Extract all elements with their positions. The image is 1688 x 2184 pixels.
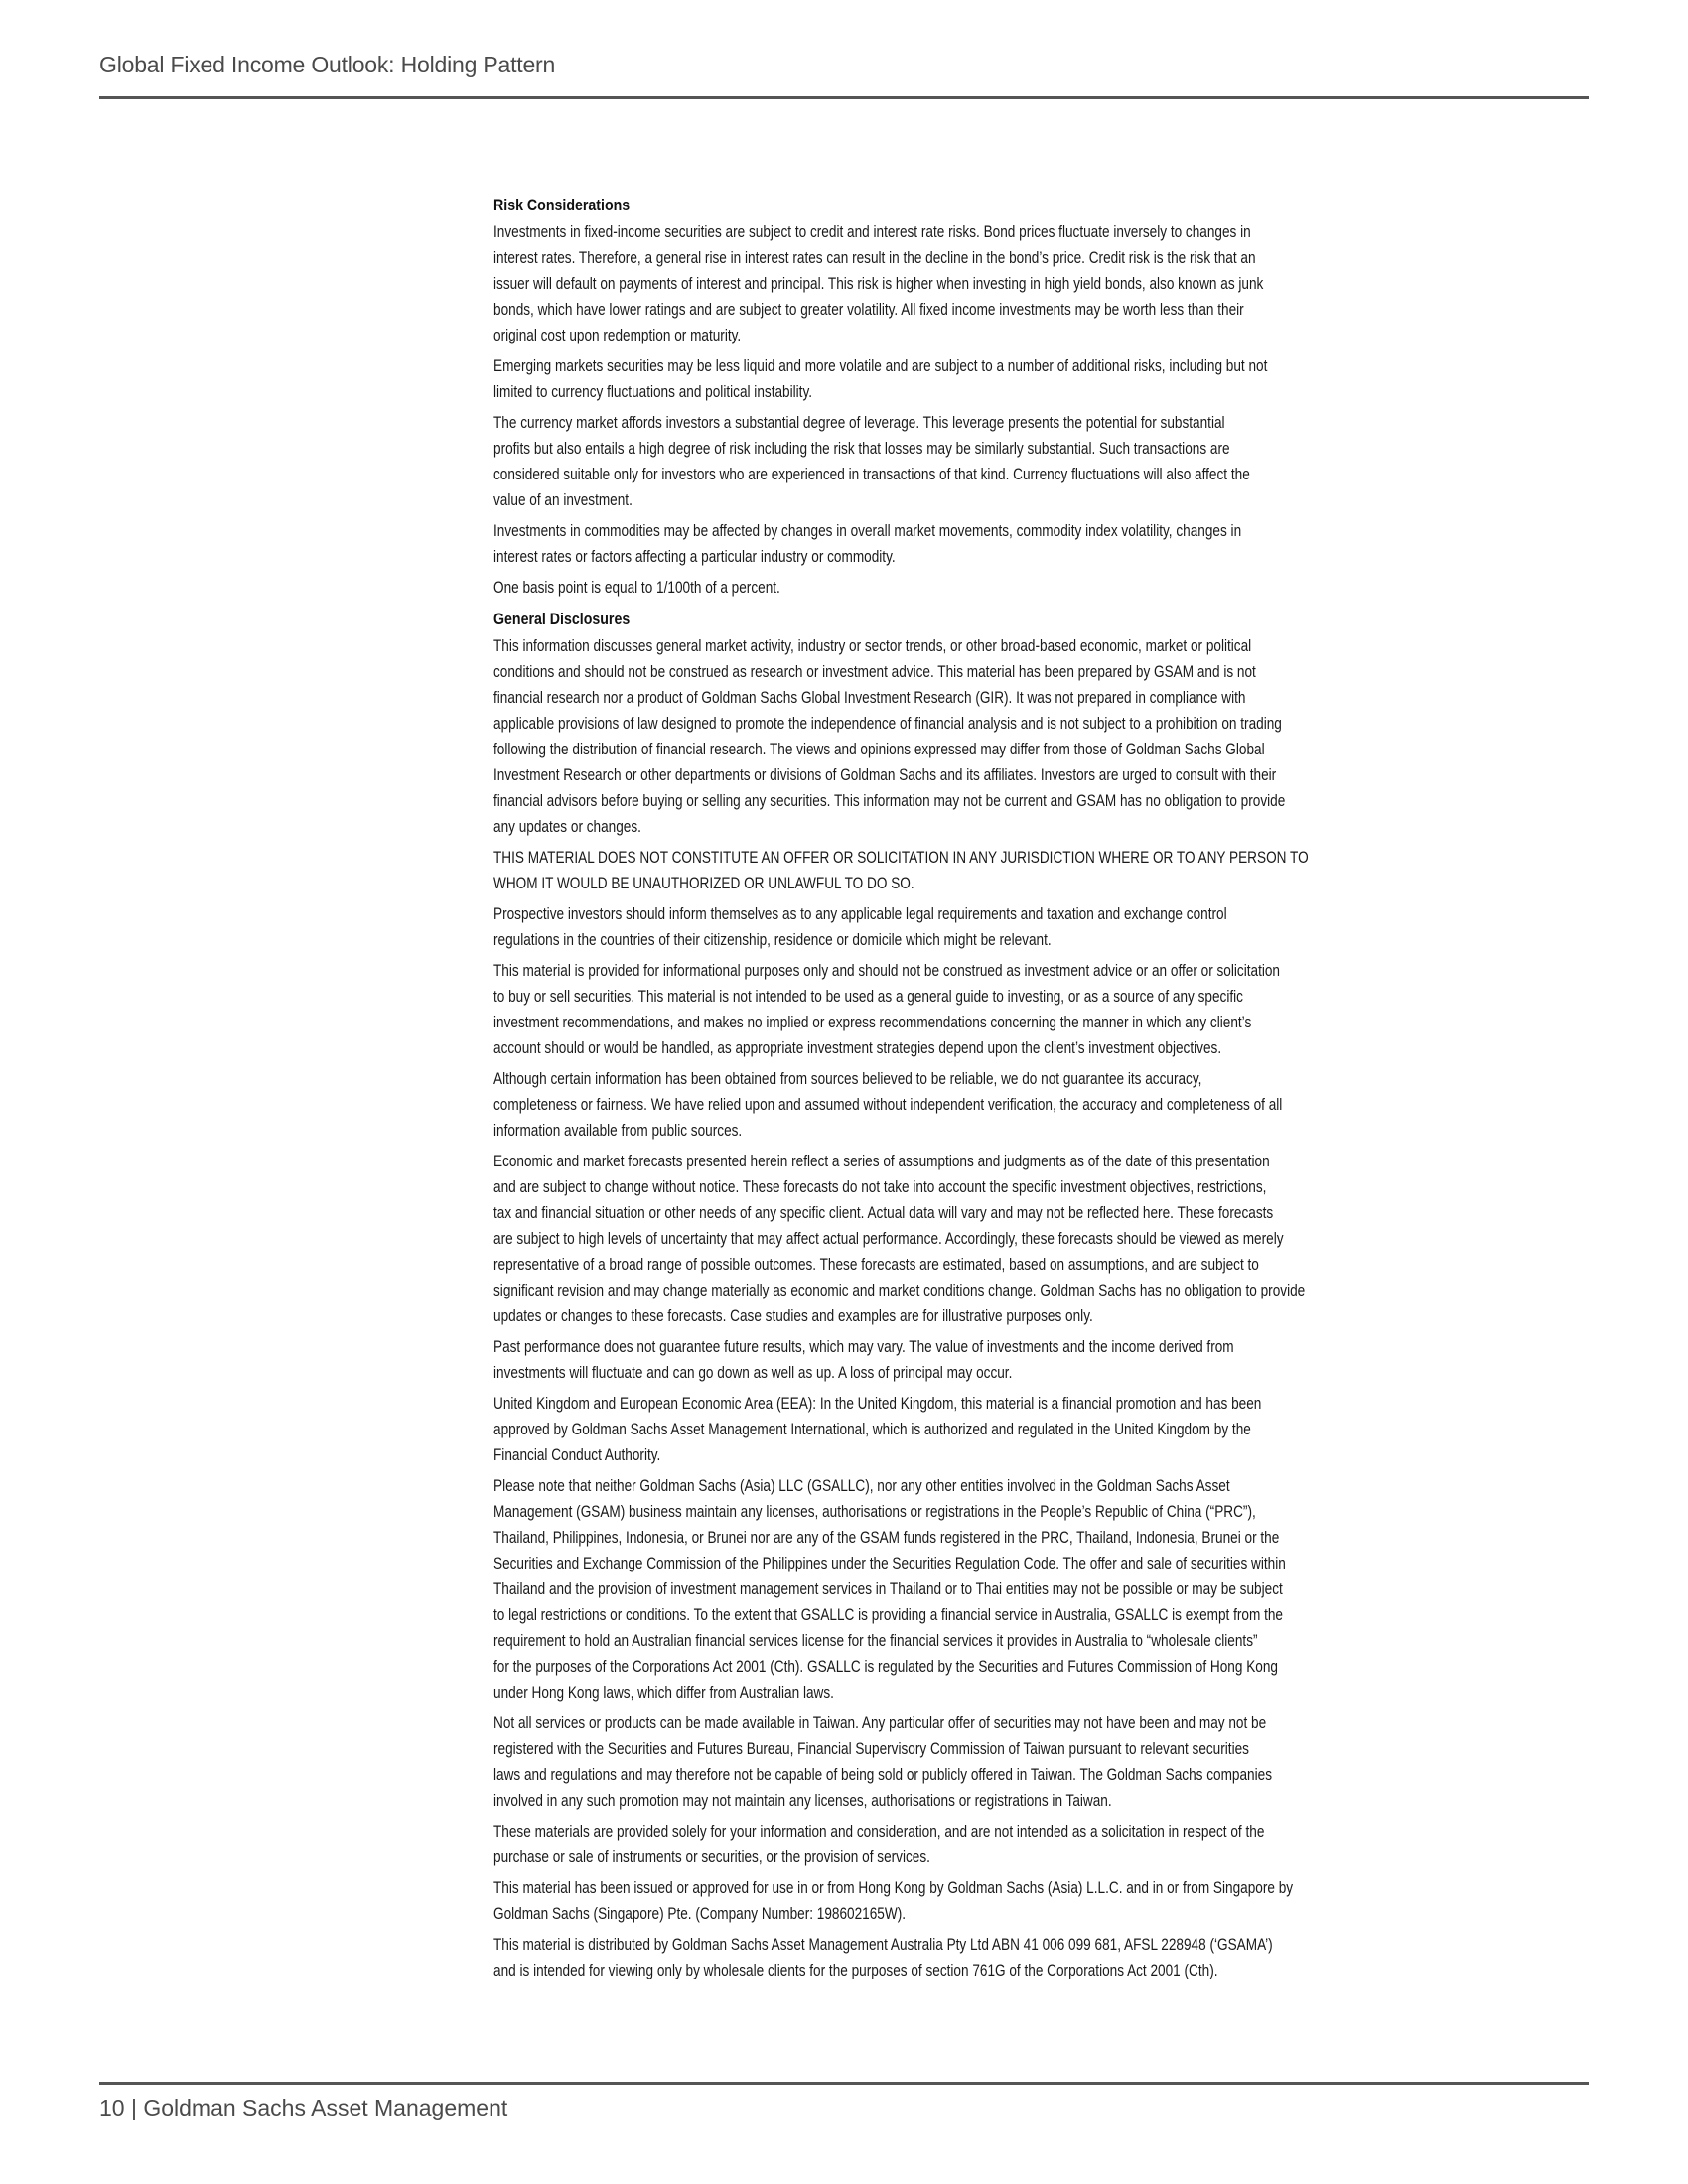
text-line: bonds, which have lower ratings and are … [493, 297, 1351, 323]
text-line: United Kingdom and European Economic Are… [493, 1391, 1351, 1417]
disclosure-paragraph: Although certain information has been ob… [493, 1066, 1566, 1144]
disclosure-paragraph: Economic and market forecasts presented … [493, 1149, 1566, 1329]
text-line: investment recommendations, and makes no… [493, 1010, 1351, 1035]
text-line: representative of a broad range of possi… [493, 1252, 1351, 1278]
text-line: One basis point is equal to 1/100th of a… [493, 575, 1351, 601]
text-line: registered with the Securities and Futur… [493, 1736, 1351, 1762]
text-line: interest rates. Therefore, a general ris… [493, 245, 1351, 271]
text-line: investments will fluctuate and can go do… [493, 1360, 1351, 1386]
disclosure-paragraph: Not all services or products can be made… [493, 1710, 1566, 1814]
disclosure-paragraph: Past performance does not guarantee futu… [493, 1334, 1566, 1386]
text-line: applicable provisions of law designed to… [493, 711, 1351, 737]
text-line: under Hong Kong laws, which differ from … [493, 1680, 1351, 1706]
text-line: Please note that neither Goldman Sachs (… [493, 1473, 1351, 1499]
disclosure-paragraph: One basis point is equal to 1/100th of a… [493, 575, 1566, 601]
disclosure-paragraph: THIS MATERIAL DOES NOT CONSTITUTE AN OFF… [493, 845, 1566, 896]
text-line: Past performance does not guarantee futu… [493, 1334, 1351, 1360]
page-header-title: Global Fixed Income Outlook: Holding Pat… [99, 52, 555, 78]
text-line: Investment Research or other departments… [493, 762, 1351, 788]
text-line: conditions and should not be construed a… [493, 659, 1351, 685]
text-line: financial research nor a product of Gold… [493, 685, 1351, 711]
text-line: significant revision and may change mate… [493, 1278, 1351, 1303]
text-line: profits but also entails a high degree o… [493, 436, 1351, 462]
disclosure-paragraph: This material has been issued or approve… [493, 1875, 1566, 1927]
text-line: limited to currency fluctuations and pol… [493, 379, 1351, 405]
text-line: requirement to hold an Australian financ… [493, 1628, 1351, 1654]
text-line: involved in any such promotion may not m… [493, 1788, 1351, 1814]
disclosure-paragraph: Emerging markets securities may be less … [493, 353, 1566, 405]
disclosure-paragraph: These materials are provided solely for … [493, 1819, 1566, 1870]
text-line: Although certain information has been ob… [493, 1066, 1351, 1092]
page-footer: 10 | Goldman Sachs Asset Management [99, 2095, 507, 2121]
section-heading: Risk Considerations [493, 192, 1416, 219]
text-line: approved by Goldman Sachs Asset Manageme… [493, 1417, 1351, 1442]
text-line: This material is distributed by Goldman … [493, 1932, 1351, 1958]
text-line: and are subject to change without notice… [493, 1174, 1351, 1200]
text-line: to legal restrictions or conditions. To … [493, 1602, 1351, 1628]
disclosure-paragraph: Investments in commodities may be affect… [493, 518, 1566, 570]
text-line: This material has been issued or approve… [493, 1875, 1351, 1901]
text-line: tax and financial situation or other nee… [493, 1200, 1351, 1226]
footer-divider [99, 2082, 1589, 2085]
text-line: issuer will default on payments of inter… [493, 271, 1351, 297]
text-line: following the distribution of financial … [493, 737, 1351, 762]
text-line: THIS MATERIAL DOES NOT CONSTITUTE AN OFF… [493, 845, 1351, 871]
header-divider [99, 96, 1589, 99]
disclosure-paragraph: The currency market affords investors a … [493, 410, 1566, 513]
text-line: Thailand and the provision of investment… [493, 1576, 1351, 1602]
text-line: updates or changes to these forecasts. C… [493, 1303, 1351, 1329]
disclosure-paragraph: This information discusses general marke… [493, 633, 1566, 840]
text-line: interest rates or factors affecting a pa… [493, 544, 1351, 570]
text-line: Emerging markets securities may be less … [493, 353, 1351, 379]
disclosure-content: Risk ConsiderationsInvestments in fixed-… [493, 192, 1566, 1988]
text-line: Investments in fixed-income securities a… [493, 219, 1351, 245]
text-line: Economic and market forecasts presented … [493, 1149, 1351, 1174]
text-line: considered suitable only for investors w… [493, 462, 1351, 487]
text-line: information available from public source… [493, 1118, 1351, 1144]
text-line: account should or would be handled, as a… [493, 1035, 1351, 1061]
text-line: original cost upon redemption or maturit… [493, 323, 1351, 348]
text-line: The currency market affords investors a … [493, 410, 1351, 436]
text-line: for the purposes of the Corporations Act… [493, 1654, 1351, 1680]
text-line: Goldman Sachs (Singapore) Pte. (Company … [493, 1901, 1351, 1927]
text-line: purchase or sale of instruments or secur… [493, 1844, 1351, 1870]
section-heading: General Disclosures [493, 606, 1416, 633]
text-line: This material is provided for informatio… [493, 958, 1351, 984]
text-line: Securities and Exchange Commission of th… [493, 1551, 1351, 1576]
disclosure-paragraph: United Kingdom and European Economic Are… [493, 1391, 1566, 1468]
disclosure-paragraph: This material is provided for informatio… [493, 958, 1566, 1061]
text-line: Investments in commodities may be affect… [493, 518, 1351, 544]
text-line: Not all services or products can be made… [493, 1710, 1351, 1736]
text-line: These materials are provided solely for … [493, 1819, 1351, 1844]
text-line: laws and regulations and may therefore n… [493, 1762, 1351, 1788]
text-line: and is intended for viewing only by whol… [493, 1958, 1351, 1983]
text-line: are subject to high levels of uncertaint… [493, 1226, 1351, 1252]
text-line: regulations in the countries of their ci… [493, 927, 1351, 953]
text-line: financial advisors before buying or sell… [493, 788, 1351, 814]
text-line: WHOM IT WOULD BE UNAUTHORIZED OR UNLAWFU… [493, 871, 1351, 896]
text-line: Thailand, Philippines, Indonesia, or Bru… [493, 1525, 1351, 1551]
text-line: Financial Conduct Authority. [493, 1442, 1351, 1468]
text-line: any updates or changes. [493, 814, 1351, 840]
text-line: completeness or fairness. We have relied… [493, 1092, 1351, 1118]
disclosure-paragraph: This material is distributed by Goldman … [493, 1932, 1566, 1983]
text-line: value of an investment. [493, 487, 1351, 513]
text-line: This information discusses general marke… [493, 633, 1351, 659]
text-line: to buy or sell securities. This material… [493, 984, 1351, 1010]
text-line: Management (GSAM) business maintain any … [493, 1499, 1351, 1525]
disclosure-paragraph: Investments in fixed-income securities a… [493, 219, 1566, 348]
text-line: Prospective investors should inform them… [493, 901, 1351, 927]
disclosure-paragraph: Prospective investors should inform them… [493, 901, 1566, 953]
disclosure-paragraph: Please note that neither Goldman Sachs (… [493, 1473, 1566, 1706]
